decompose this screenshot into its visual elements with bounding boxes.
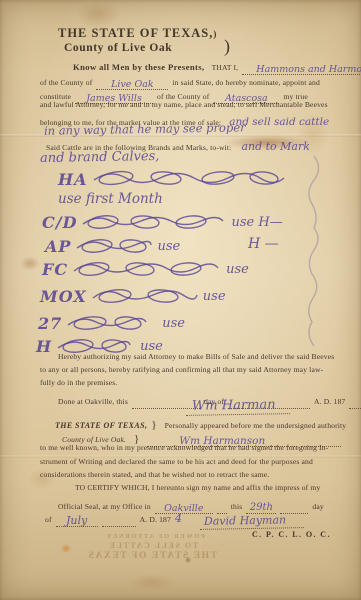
brand-note-handwritten: use first Month [58,191,163,207]
calves-clause-handwritten-1: and to Mark [241,140,309,153]
brand-row: HA [58,167,288,191]
bleedthrough-text-3: THE STATE OF TEXAS [52,551,252,561]
certify-line-3: of July A. D. 187 4 [45,509,182,527]
earmark-drawing [75,234,153,258]
brand-usage-note: use [226,262,249,277]
brand-mark-label: C/D [42,213,77,232]
earmark-drawing [66,311,158,335]
notary-line-3: to me well known, who in my presence ack… [40,443,328,452]
clerk-signature-handwritten: David Hayman [200,513,304,530]
certify-line-1: TO CERTIFY WHICH, I hereunto sign my nam… [75,483,320,492]
leader-dots [102,519,136,527]
opening-line-4: and lawful Attorney, for me and in my na… [40,100,328,109]
bleedthrough-text-1: POWER OF ATTORNEY [60,533,250,540]
title-brace-small: ) [213,29,217,39]
day-label: day [312,502,323,511]
brand-usage-note: use [203,289,226,304]
brand-mark-label: H [36,337,52,356]
of-label: of [45,515,52,524]
grantor-signature-handwritten: Wm Harman [186,397,290,416]
brand-right-note-handwritten: H — [248,236,279,252]
brand-mark-label: MOX [40,287,87,306]
day-number-handwritten: 29th [246,503,276,514]
bleedthrough-squiggle [300,152,326,352]
paper-stain [128,574,176,591]
brand-usage-note: use H— [231,215,282,230]
year-digit-handwritten: 4 [175,512,182,525]
that-i-label: THAT I, [212,63,239,72]
blank-year [349,401,361,409]
done-at-label: Done at Oakville, this [58,397,128,406]
bleedthrough-text-2: TO SELL CATTLE [58,541,248,550]
earmark-drawing [72,256,222,282]
paper-stain [76,0,120,28]
brand-row: AP use [45,234,180,258]
earmark-drawing [92,167,288,191]
brand-mark-label: FC [42,260,68,279]
leader-dots [217,506,227,514]
brand-mark-label: AP [45,237,71,256]
earmark-drawing [81,210,227,234]
document-page: THE STATE OF TEXAS,) County of Live Oak … [0,0,361,600]
month-handwritten: July [56,515,98,527]
ad-label: A. D. 187 [314,397,345,406]
authorization-line-3: fully do in the premises. [40,378,117,387]
notary-line-4: strument of Writing and declared the sam… [40,457,313,466]
ad-year-label: A. D. 187 [140,515,171,524]
authorization-line-1: Hereby authorizing my said Attorney to m… [58,352,334,361]
title-state: THE STATE OF TEXAS, [58,26,213,40]
notary-line-5: considerations therein stated, and that … [40,470,269,479]
this-label: this [231,502,243,511]
document-subtitle: County of Live Oak [64,42,172,54]
clerk-title: C. P. C. L. O. C. [252,530,331,539]
brand-mark-label: 27 [38,314,62,333]
brand-usage-note: use [162,316,185,331]
brand-row: MOX use [40,283,226,309]
document-title: THE STATE OF TEXAS,) [58,26,217,41]
brand-row: 27 use [38,311,185,335]
authorization-line-2: to any or all persons, hereby ratifying … [40,365,323,374]
header-brace: ) [224,36,230,57]
earmark-drawing [91,283,199,309]
brand-row: C/D use H— [42,210,283,234]
title-county: County of Live Oak [64,42,172,54]
salutation: Know all Men by these Presents, [73,62,205,72]
calves-clause-handwritten-2: and brand Calves, [40,149,160,166]
brand-usage-note: use [157,239,180,254]
paper-stain [20,256,40,271]
brand-row: FC use [42,256,249,282]
brand-mark-label: HA [58,170,88,189]
